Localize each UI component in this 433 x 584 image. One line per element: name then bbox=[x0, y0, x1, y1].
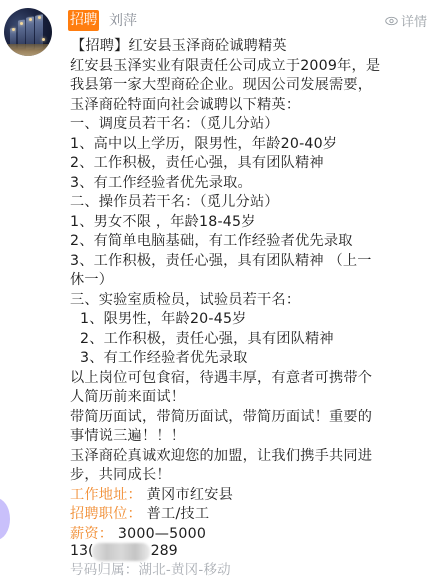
body-line: 休一） bbox=[70, 271, 430, 291]
body-line: 红安县玉泽实业有限责任公司成立于2009年，是 bbox=[70, 57, 430, 77]
category-badge[interactable]: 招聘 bbox=[68, 10, 99, 31]
field-value: 3000—5000 bbox=[118, 526, 206, 542]
post-content: 【招聘】红安县玉泽商砼诚聘精英 红安县玉泽实业有限责任公司成立于2009年，是 … bbox=[70, 37, 430, 544]
field-label: 招聘职位： bbox=[70, 506, 142, 522]
body-line: 3、有工作经验者优先录取。 bbox=[70, 174, 430, 194]
body-line: 事情说三遍！！！ bbox=[70, 427, 430, 447]
body-line: 3、有工作经验者优先录取 bbox=[70, 349, 430, 369]
phone-suffix: 289 bbox=[151, 542, 178, 562]
body-line: 2、有简单电脑基础，有工作经验者优先录取 bbox=[70, 232, 430, 252]
body-line: 1、限男性，年龄20-45岁 bbox=[70, 310, 430, 330]
body-line: 步，共同成长！ bbox=[70, 466, 430, 486]
detail-label: 详情 bbox=[401, 11, 427, 30]
avatar[interactable] bbox=[4, 8, 52, 56]
field-value: 黄冈市红安县 bbox=[147, 487, 233, 503]
body-line: 2、工作积极，责任心强，具有团队精神 bbox=[70, 154, 430, 174]
detail-link[interactable]: 详情 bbox=[385, 11, 427, 30]
body-line: 一、调度员若干名：（觅儿分站） bbox=[70, 115, 430, 135]
field-label: 工作地址： bbox=[70, 487, 142, 503]
body-line: 玉泽商砼特面向社会诚聘以下精英： bbox=[70, 96, 430, 116]
post-title: 【招聘】红安县玉泽商砼诚聘精英 bbox=[71, 37, 430, 57]
body-line: 带简历面试，带简历面试，带简历面试！重要的 bbox=[70, 408, 430, 428]
phone-blur-mask bbox=[92, 543, 150, 561]
field-position: 招聘职位： 普工/技工 bbox=[70, 505, 430, 525]
field-work-address: 工作地址： 黄冈市红安县 bbox=[70, 486, 430, 506]
body-line: 1、男女不限 ，年龄18-45岁 bbox=[70, 213, 430, 233]
field-label: 薪资： bbox=[70, 526, 113, 542]
post-header: 招聘 刘萍 bbox=[68, 9, 137, 31]
phone-prefix: 13( bbox=[70, 542, 94, 562]
eye-icon bbox=[385, 16, 398, 26]
field-value: 普工/技工 bbox=[147, 506, 210, 522]
body-line: 2、工作积极，责任心强，具有团队精神 bbox=[70, 330, 430, 350]
body-line: 三、实验室质检员，试验员若干名： bbox=[70, 291, 430, 311]
body-line: 人简历前来面试！ bbox=[70, 388, 430, 408]
body-line: 我县第一家大型商砼企业。现因公司发展需要， bbox=[70, 76, 430, 96]
body-line: 玉泽商砼真诚欢迎您的加盟，让我们携手共同进 bbox=[70, 447, 430, 467]
body-line: 3、工作积极，责任心强，具有团队精神 （上一 bbox=[70, 252, 430, 272]
author-name[interactable]: 刘萍 bbox=[109, 10, 137, 30]
floating-bubble[interactable] bbox=[0, 498, 10, 540]
body-line: 1、高中以上学历，限男性，年龄20-40岁 bbox=[70, 135, 430, 155]
phone-number[interactable]: 13( 289 bbox=[70, 542, 178, 562]
body-line: 以上岗位可包食宿，待遇丰厚，有意者可携带个 bbox=[70, 369, 430, 389]
body-line: 二、操作员若干名：（觅儿分站） bbox=[70, 193, 430, 213]
phone-origin: 号码归属：湖北-黄冈-移动 bbox=[70, 561, 231, 580]
